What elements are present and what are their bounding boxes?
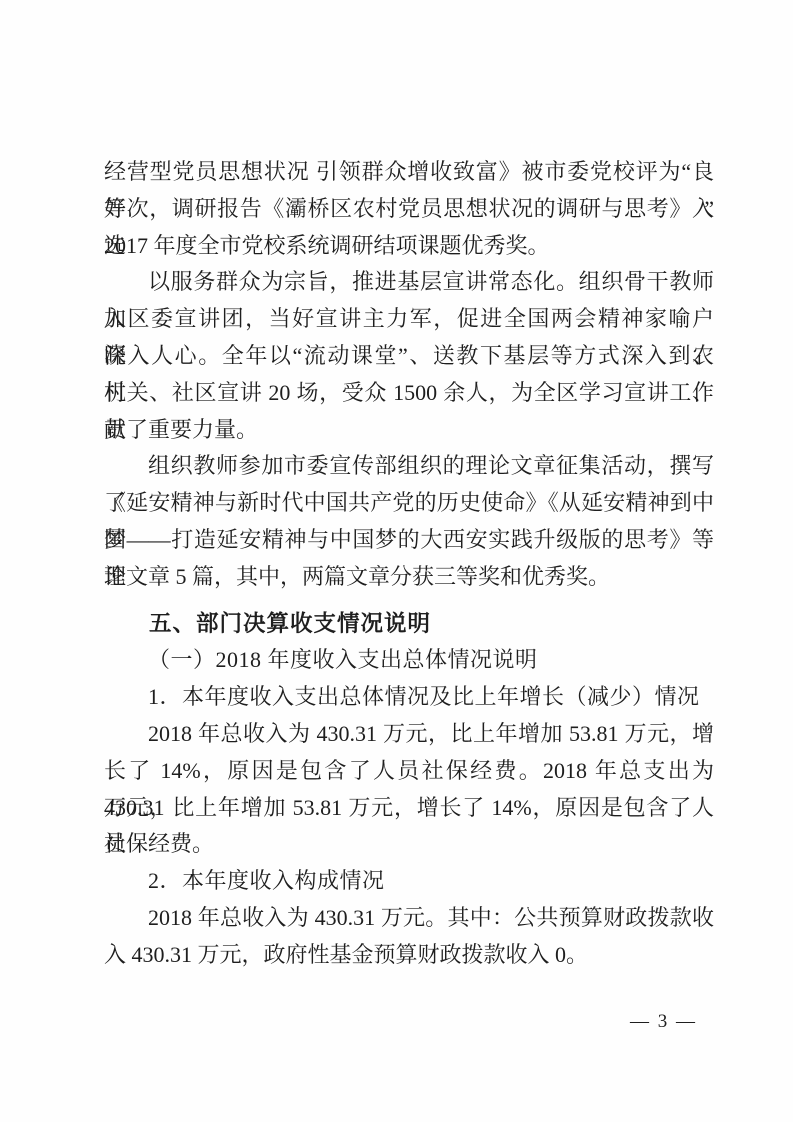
subsection-heading: 2．本年度收入构成情况 xyxy=(104,863,714,900)
text-line: 梦——打造延安精神与中国梦的大西安实践升级版的思考》等理 xyxy=(104,522,714,559)
text-line: 组织教师参加市委宣传部组织的理论文章征集活动，撰写了 xyxy=(104,448,714,485)
text-line: 2018 年总收入为 430.31 万元，比上年增加 53.81 万元，增 xyxy=(104,716,714,753)
text-line: 2017 年度全市党校系统调研结项课题优秀奖。 xyxy=(104,228,714,265)
text-line: 2018 年总收入为 430.31 万元。其中：公共预算财政拨款收 xyxy=(104,900,714,937)
document-page: 经营型党员思想状况 引领群众增收致富》被市委党校评为“良好” 等次，调研报告《灞… xyxy=(0,0,793,1122)
text-line: 深入人心。全年以“流动课堂”、送教下基层等方式深入到农村、 xyxy=(104,338,714,375)
section-heading: 五、部门决算收支情况说明 xyxy=(104,606,714,643)
text-line: 入区委宣讲团，当好宣讲主力军，促进全国两会精神家喻户晓、 xyxy=(104,301,714,338)
text-line: 论文章 5 篇，其中，两篇文章分获三等奖和优秀奖。 xyxy=(104,559,714,596)
text-line: 机关、社区宣讲 20 场，受众 1500 余人，为全区学习宣讲工作贡 xyxy=(104,375,714,412)
text-line: 入 430.31 万元，政府性基金预算财政拨款收入 0。 xyxy=(104,937,714,974)
text-line: 《延安精神与新时代中国共产党的历史使命》《从延安精神到中国 xyxy=(104,485,714,522)
text-line: 以服务群众为宗旨，推进基层宣讲常态化。组织骨干教师加 xyxy=(104,264,714,301)
text-line: 万元，比上年增加 53.81 万元，增长了 14%，原因是包含了人员 xyxy=(104,790,714,827)
subsection-heading: 1．本年度收入支出总体情况及比上年增长（减少）情况 xyxy=(104,679,714,716)
text-line: 献了重要力量。 xyxy=(104,412,714,449)
subsection-heading: （一）2018 年度收入支出总体情况说明 xyxy=(104,642,714,679)
text-line: 经营型党员思想状况 引领群众增收致富》被市委党校评为“良好” xyxy=(104,154,714,191)
document-body: 经营型党员思想状况 引领群众增收致富》被市委党校评为“良好” 等次，调研报告《灞… xyxy=(104,154,714,974)
text-line: 社保经费。 xyxy=(104,826,714,863)
page-number: — 3 — xyxy=(630,1011,697,1033)
text-line: 等次，调研报告《灞桥区农村党员思想状况的调研与思考》入选 xyxy=(104,191,714,228)
text-line: 长了 14%，原因是包含了人员社保经费。2018 年总支出为 430.31 xyxy=(104,753,714,790)
